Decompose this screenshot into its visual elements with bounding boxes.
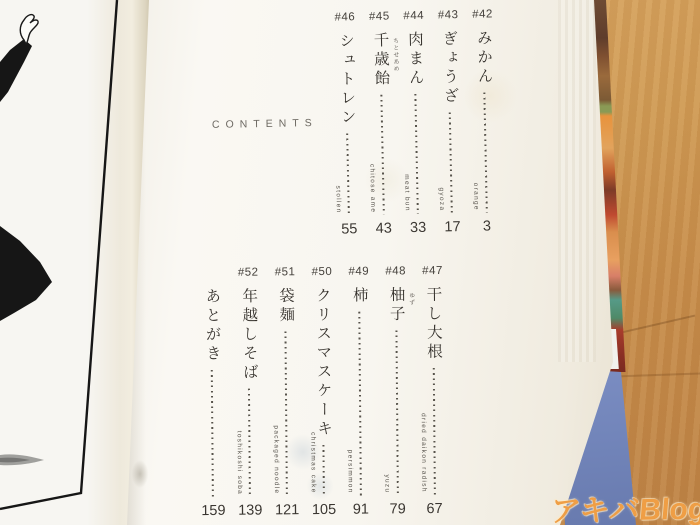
dotted-leader: toshikoshi soba [248, 389, 251, 497]
entry-romaji: packaged noodle [272, 425, 280, 494]
dotted-leader: christmas cake [322, 445, 324, 496]
toc-entry: #50クリスマスケーキchristmas cake105 [303, 266, 342, 522]
entry-title: 肉まん [406, 31, 423, 88]
entry-title: ぎょうざ [441, 30, 458, 106]
entry-romaji: toshikoshi soba [236, 430, 244, 494]
toc-entry: #44肉まんmeat bun33 [396, 10, 435, 241]
hand-shape [20, 15, 38, 44]
toc-entry: #51袋麺packaged noodle121 [267, 266, 306, 522]
illustration-page [0, 0, 150, 525]
entry-romaji: meat bun [403, 175, 411, 213]
entry-title-text: 千歳飴 [371, 32, 389, 89]
dotted-leader: orange [483, 93, 488, 213]
toc-row-bottom: #47干し大根dried daikon radish67#48柚子ゆずyuzu7… [193, 265, 453, 523]
dotted-leader: meat bun [414, 94, 419, 214]
toc-entry: あとがき159 [193, 267, 232, 523]
entry-title-text: 肉まん [406, 31, 424, 88]
entry-number: #46 [334, 11, 355, 27]
dotted-leader: gyoza [449, 112, 453, 213]
entry-page-number: 121 [275, 502, 299, 522]
entry-title-text: 年越しそば [240, 288, 258, 383]
dotted-leader: persimmon [358, 312, 362, 496]
entry-page-number: 79 [390, 501, 406, 521]
toc-entry: #52年越しそばtoshikoshi soba139 [230, 266, 269, 522]
entry-title: 年越しそば [241, 288, 257, 383]
entry-furigana: ちとせあめ [391, 37, 398, 72]
entry-title-text: 柚子 [388, 286, 405, 324]
page-stack-edge-shading [558, 0, 596, 362]
entry-number: #52 [238, 267, 259, 283]
entry-furigana: ゆず [408, 292, 414, 306]
entry-title-text: シュトレン [337, 32, 356, 127]
dotted-leader [211, 370, 214, 497]
entry-number: #43 [438, 9, 459, 25]
dotted-leader: stollen [346, 133, 350, 215]
sleeve-shape [0, 39, 32, 102]
entry-title: クリスマスケーキ [314, 287, 331, 439]
dotted-leader: packaged noodle [285, 331, 288, 496]
entry-page-number: 33 [410, 220, 427, 240]
illustration-drawing [0, 0, 150, 525]
entry-title: シュトレン [337, 32, 354, 127]
entry-page-number: 159 [201, 503, 225, 523]
toc-entry: #42みかんorange3 [465, 8, 504, 239]
entry-title: 柚子ゆず [388, 286, 404, 324]
entry-title: 千歳飴ちとせあめ [372, 32, 389, 89]
entry-title: みかん [475, 29, 492, 86]
entry-title: 柿 [351, 287, 367, 306]
entry-title: 袋麺 [277, 287, 293, 325]
entry-number: #47 [422, 265, 443, 281]
entry-page-number: 91 [353, 502, 369, 522]
toc-entry: #48柚子ゆずyuzu79 [377, 265, 416, 521]
entry-page-number: 3 [483, 218, 491, 238]
entry-page-number: 105 [312, 502, 336, 522]
akiba-blog-watermark: アキバBlog [548, 484, 700, 525]
entry-title: あとがき [204, 288, 220, 364]
entry-romaji: orange [472, 183, 480, 211]
entry-number: #42 [472, 8, 493, 24]
entry-romaji: gyoza [438, 188, 445, 212]
toc-row-top: #42みかんorange3#43ぎょうざgyoza17#44肉まんmeat bu… [328, 8, 505, 242]
contents-page: CONTENTS #42みかんorange3#43ぎょうざgyoza17#44肉… [118, 0, 618, 525]
dotted-leader: dried daikon radish [432, 368, 435, 495]
entry-number: #49 [348, 266, 369, 282]
entry-romaji: christmas cake [309, 433, 317, 495]
toc-entry: #45千歳飴ちとせあめchitose ame43 [362, 10, 401, 241]
contents-heading: CONTENTS [212, 117, 318, 131]
entry-romaji: yuzu [383, 474, 390, 493]
photo-of-book-contents: ラ！ CONTENTS #42みかんorange3#43ぎょうざgyoza17#… [0, 0, 700, 525]
entry-title-text: みかん [475, 29, 493, 86]
entry-title-text: ぎょうざ [440, 30, 459, 106]
entry-number: #50 [312, 266, 333, 282]
entry-number: #51 [275, 266, 296, 282]
dotted-leader: yuzu [395, 330, 398, 495]
skirt-shape [0, 226, 52, 321]
entry-page-number: 43 [375, 221, 392, 241]
entry-title-text: あとがき [203, 288, 221, 364]
toc-entry: #47干し大根dried daikon radish67 [414, 265, 453, 521]
entry-romaji: stollen [334, 186, 342, 214]
entry-page-number: 67 [426, 501, 442, 521]
entry-page-number: 139 [238, 503, 262, 523]
entry-page-number: 17 [444, 219, 461, 239]
entry-number: #45 [369, 11, 390, 27]
toc-entry: #43ぎょうざgyoza17 [431, 9, 470, 240]
toc-entry: #46シュトレンstollen55 [328, 11, 367, 242]
entry-number: #48 [385, 265, 406, 281]
entry-romaji: chitose ame [368, 163, 376, 212]
entry-page-number: 55 [341, 221, 358, 241]
entry-title-text: 袋麺 [277, 287, 294, 325]
toc-entry: #49柿persimmon91 [340, 266, 379, 522]
entry-number: #44 [403, 10, 424, 26]
dotted-leader: chitose ame [380, 95, 385, 215]
entry-title-text: 干し大根 [424, 286, 442, 362]
entry-title-text: クリスマスケーキ [314, 287, 332, 439]
entry-title-text: 柿 [351, 287, 368, 306]
entry-romaji: persimmon [346, 450, 353, 494]
entry-title: 干し大根 [425, 286, 441, 362]
entry-romaji: dried daikon radish [420, 413, 428, 493]
